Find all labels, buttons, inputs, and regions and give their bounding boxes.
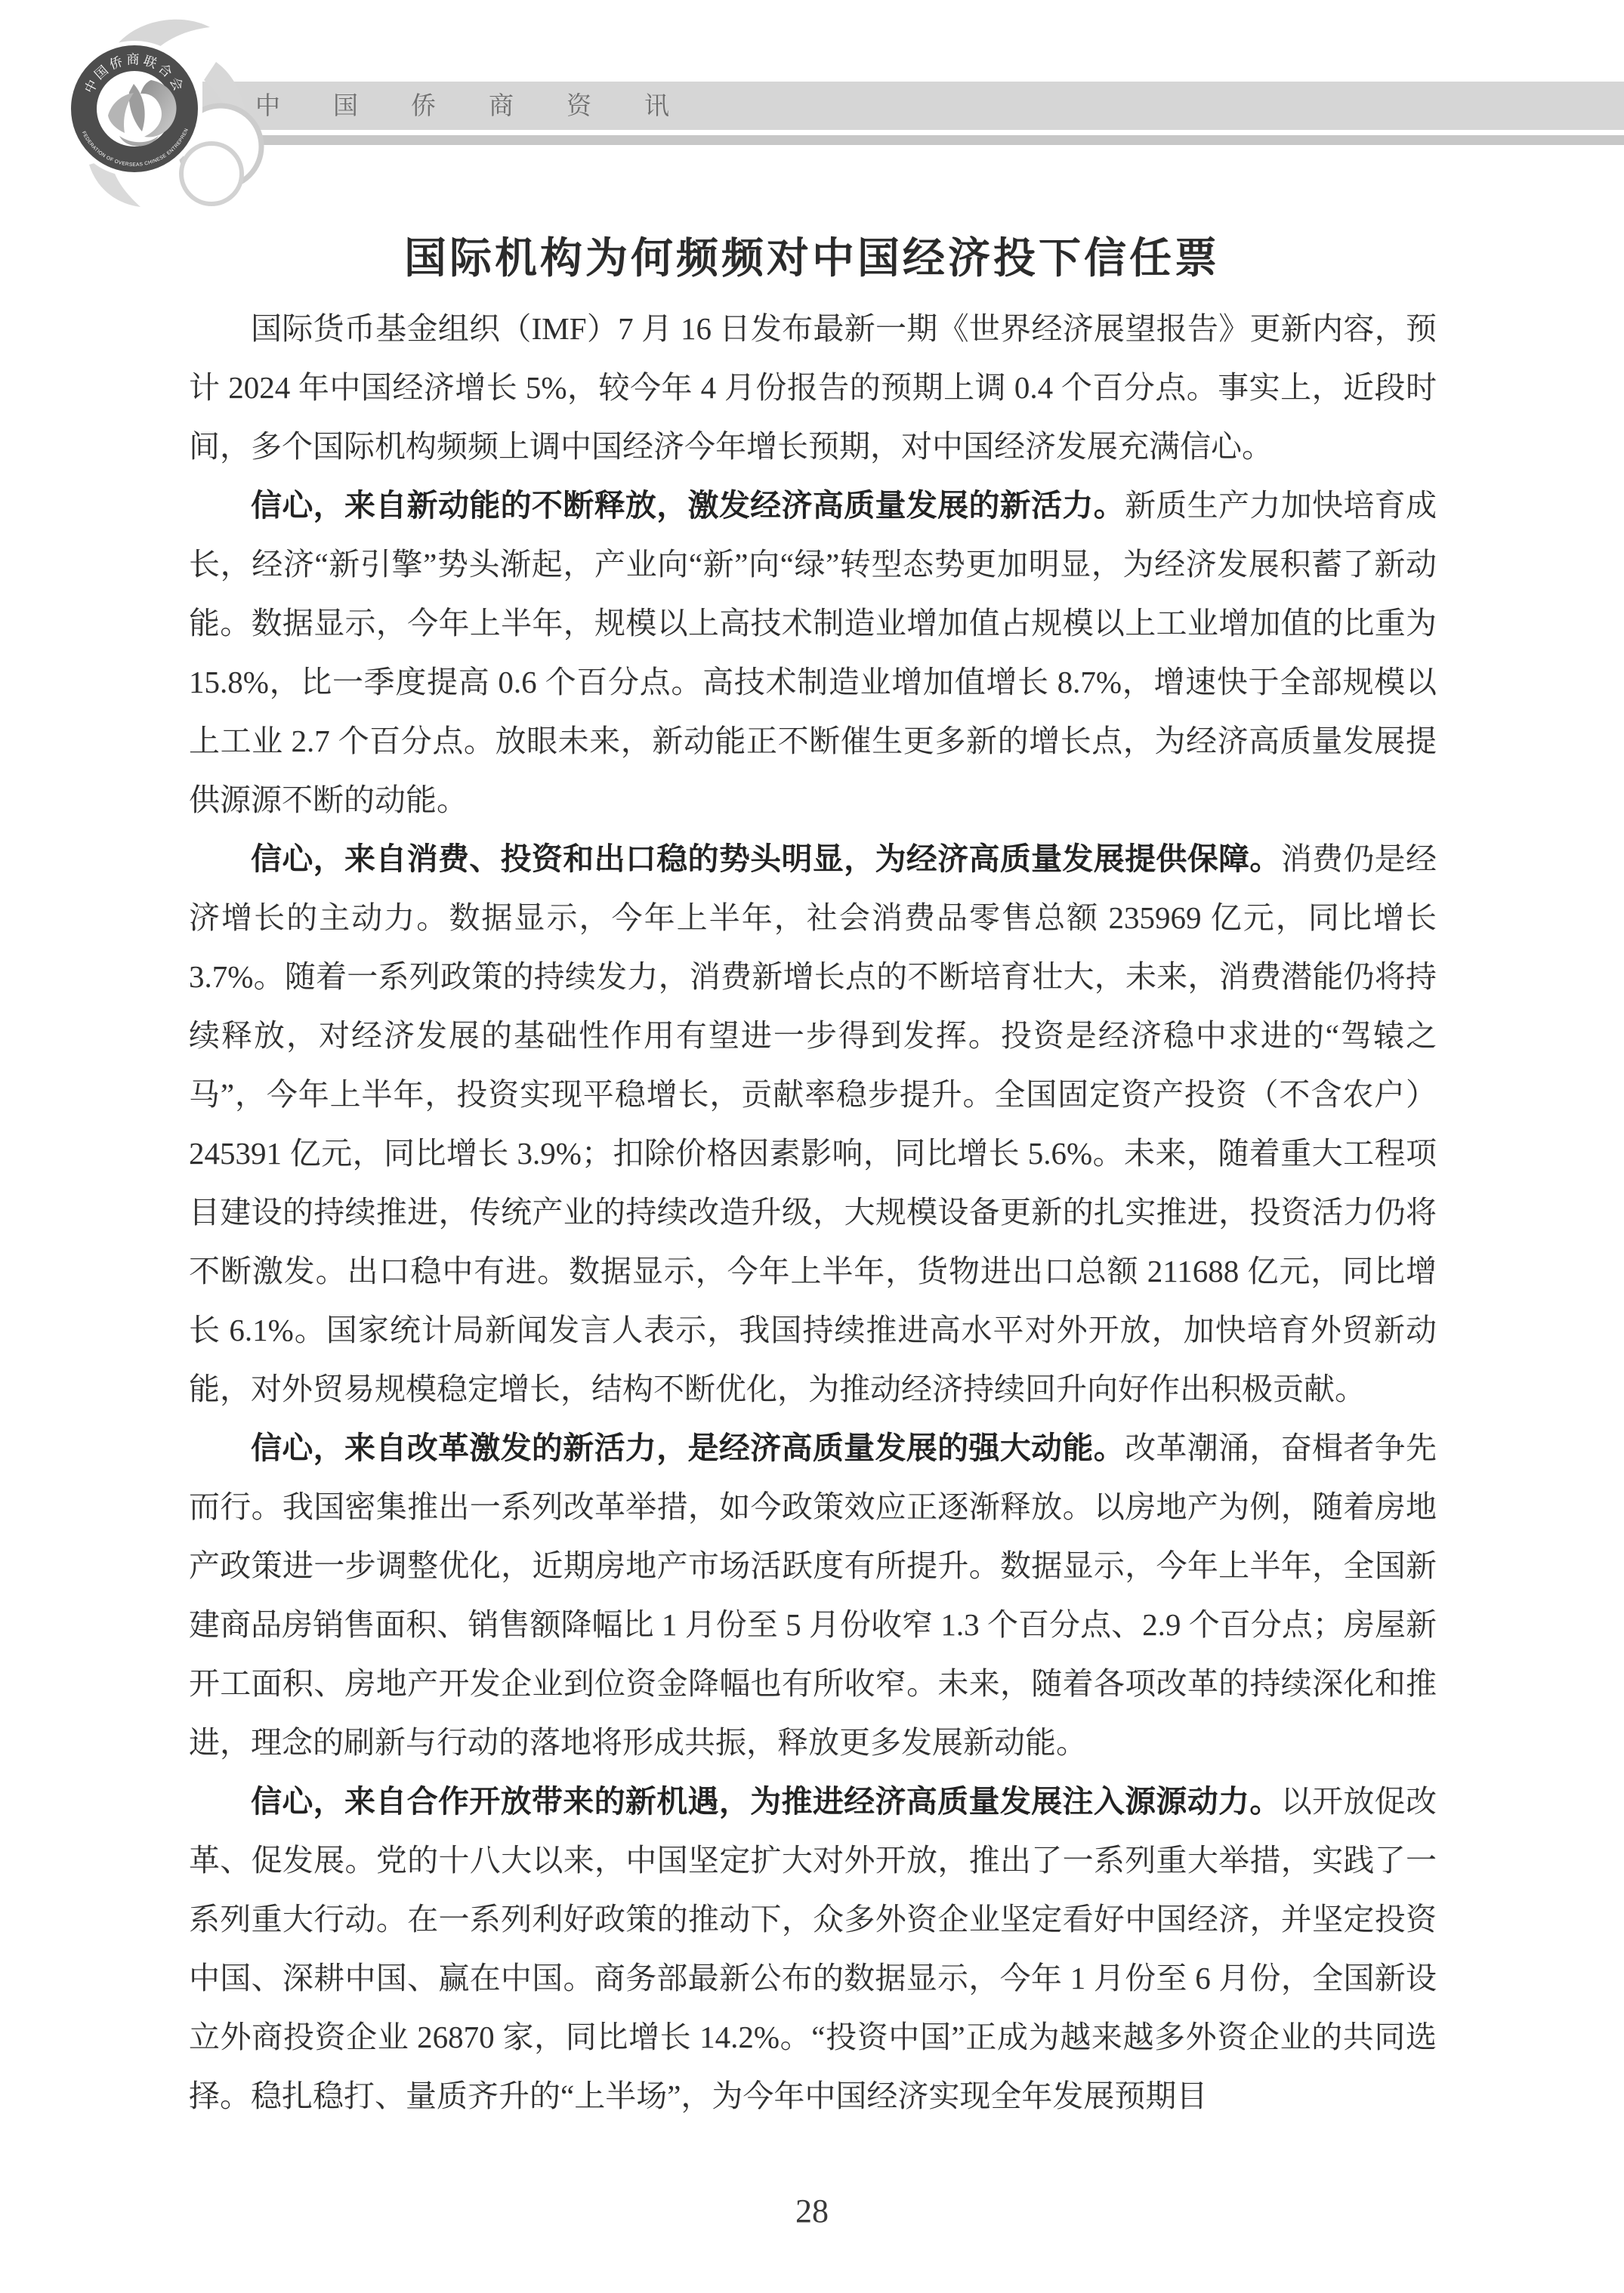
- logo-emblem-icon: 中国侨商联合会 CHINA FEDERATION OF OVERSEAS CHI…: [38, 9, 279, 236]
- paragraph-reform: 信心，来自改革激发的新活力，是经济高质量发展的强大动能。改革潮涌，奋楫者争先而行…: [189, 1418, 1437, 1772]
- paragraph-text: 消费仍是经济增长的主动力。数据显示，今年上半年，社会消费品零售总额 235969…: [189, 841, 1437, 1406]
- paragraph-consumption-investment-export: 信心，来自消费、投资和出口稳的势头明显，为经济高质量发展提供保障。消费仍是经济增…: [189, 829, 1437, 1418]
- paragraph-text: 改革潮涌，奋楫者争先而行。我国密集推出一系列改革举措，如今政策效应正逐渐释放。以…: [189, 1430, 1437, 1760]
- newsletter-name: 中国侨商资讯: [255, 82, 722, 130]
- paragraph-lead: 信心，来自合作开放带来的新机遇，为推进经济高质量发展注入源源动力。: [251, 1784, 1281, 1819]
- paragraph-lead: 信心，来自改革激发的新活力，是经济高质量发展的强大动能。: [251, 1430, 1125, 1465]
- paragraph-new-momentum: 信心，来自新动能的不断释放，激发经济高质量发展的新活力。新质生产力加快培育成长，…: [189, 476, 1437, 829]
- organization-logo: 中国侨商联合会 CHINA FEDERATION OF OVERSEAS CHI…: [38, 9, 279, 236]
- header-banner-underline: [230, 135, 1624, 145]
- page-number: 28: [0, 2192, 1624, 2230]
- paragraph-lead: 信心，来自消费、投资和出口稳的势头明显，为经济高质量发展提供保障。: [251, 841, 1281, 876]
- document-page: 中国侨商资讯: [0, 0, 1624, 2293]
- paragraph-lead: 信心，来自新动能的不断释放，激发经济高质量发展的新活力。: [251, 488, 1125, 523]
- article-body: 国际货币基金组织（IMF）7 月 16 日发布最新一期《世界经济展望报告》更新内…: [189, 299, 1437, 2125]
- paragraph-text: 以开放促改革、促发展。党的十八大以来，中国坚定扩大对外开放，推出了一系列重大举措…: [189, 1784, 1437, 2113]
- paragraph-opening-up: 信心，来自合作开放带来的新机遇，为推进经济高质量发展注入源源动力。以开放促改革、…: [189, 1772, 1437, 2125]
- paragraph-text: 新质生产力加快培育成长，经济“新引擎”势头渐起，产业向“新”向“绿”转型态势更加…: [189, 488, 1437, 817]
- paragraph-intro: 国际货币基金组织（IMF）7 月 16 日发布最新一期《世界经济展望报告》更新内…: [189, 299, 1437, 476]
- paragraph-text: 国际货币基金组织（IMF）7 月 16 日发布最新一期《世界经济展望报告》更新内…: [189, 311, 1437, 464]
- article-title: 国际机构为何频频对中国经济投下信任票: [189, 225, 1435, 285]
